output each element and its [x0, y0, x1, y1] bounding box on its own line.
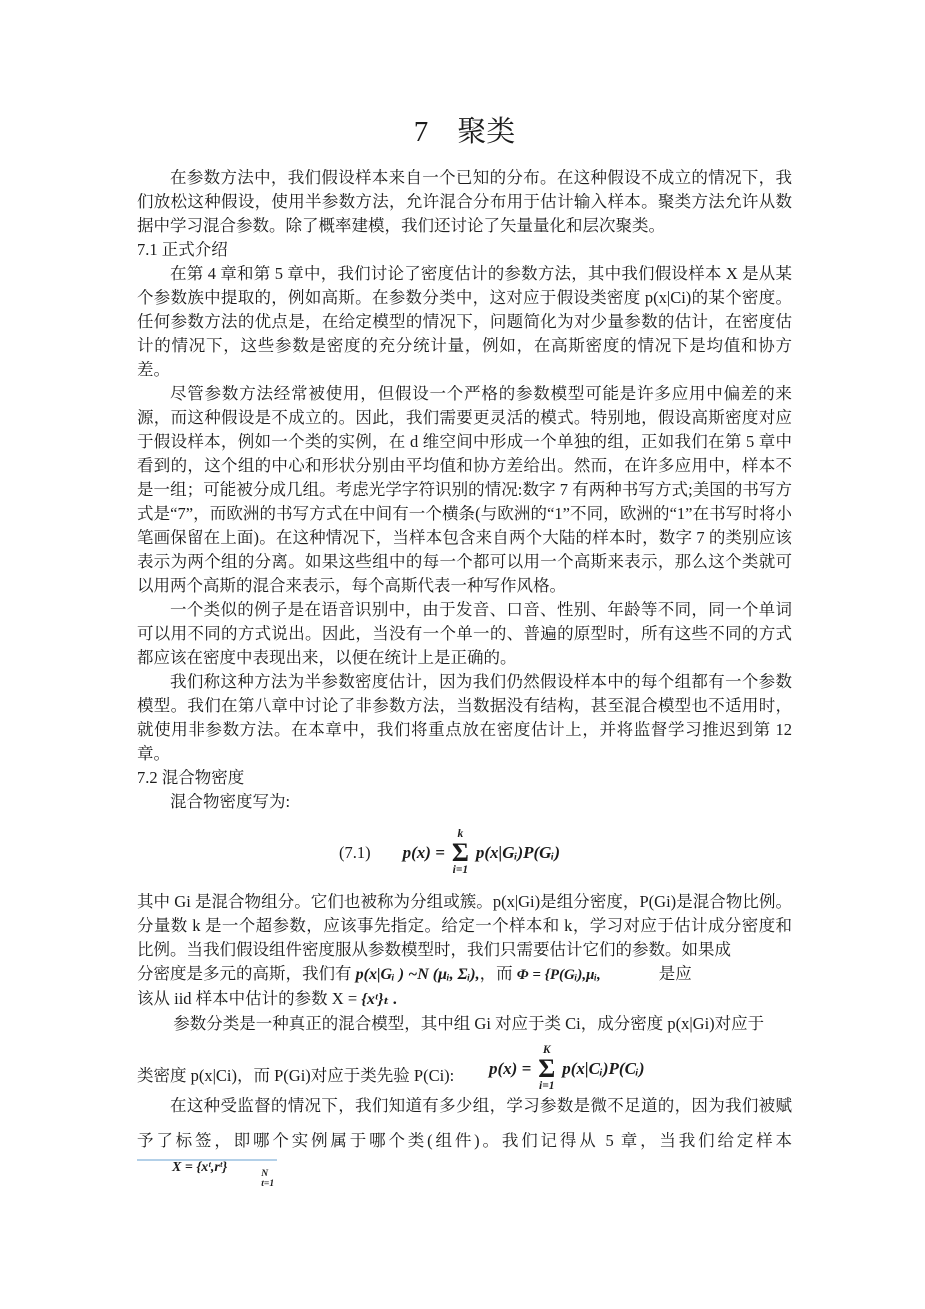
text-run: 该从 iid 样本中估计的参数 X = — [137, 989, 361, 1008]
sigma-glyph: Σ — [452, 841, 469, 866]
chapter-title: 7 聚类 — [137, 112, 792, 152]
text-run: 是应 — [659, 964, 692, 983]
section-heading-7-2: 7.2 混合物密度 — [137, 766, 792, 790]
equation-7-1-lhs: p(x) = — [403, 841, 445, 865]
summation-lower-limit: i=1 — [453, 865, 469, 877]
equation-7-1-label: (7.1) — [339, 841, 371, 865]
labeled-sample-formula: X = {xᵗ,rᵗ}Nt=1 — [137, 1159, 277, 1190]
equation-7-1-rhs: p(x|Gᵢ)P(Gᵢ) — [476, 841, 560, 865]
text-run: 分密度是多元的高斯，我们有 — [137, 964, 356, 983]
paragraph-7-1-a: 在第 4 章和第 5 章中，我们讨论了密度估计的参数方法，其中我们假设样本 X … — [137, 262, 792, 382]
gaussian-density-formula: p(x|Gᵢ ) ~N (μᵢ, Σᵢ), — [356, 966, 480, 983]
sample-formula: {xᵗ}ₜ . — [361, 991, 397, 1008]
paragraph-7-2-b: 分密度是多元的高斯，我们有 p(x|Gᵢ ) ~N (μᵢ, Σᵢ),，而 Φ … — [137, 962, 792, 987]
text-run: ，而 — [480, 964, 517, 983]
document-page: 7 聚类 在参数方法中，我们假设样本来自一个已知的分布。在这种假设不成立的情况下… — [0, 0, 925, 1309]
section-heading-7-1: 7.1 正式介绍 — [137, 238, 792, 262]
summation-symbol: k Σ i=1 — [452, 829, 469, 877]
paragraph-7-2-a: 其中 Gi 是混合物组分。它们也被称为分组或簇。p(x|Gi)是组分密度，P(G… — [137, 890, 792, 962]
labeled-sample-limits: Nt=1 — [228, 1170, 274, 1190]
limit-subscript: t=1 — [228, 1180, 274, 1190]
paragraph-7-1-c: 一个类似的例子是在语音识别中，由于发音、口音、性别、年龄等不同，同一个单词可以用… — [137, 598, 792, 670]
paragraph-chapter-intro: 在参数方法中，我们假设样本来自一个已知的分布。在这种假设不成立的情况下，我们放松… — [137, 166, 792, 238]
paragraph-7-2-d: 参数分类是一种真正的混合模型，其中组 Gi 对应于类 Ci，成分密度 p(x|G… — [137, 1012, 792, 1036]
phi-parameter-formula: Φ = {P(Gᵢ),μᵢ, — [517, 967, 601, 983]
paragraph-7-1-b: 尽管参数方法经常被使用，但假设一个严格的参数模型可能是许多应用中偏差的来源，而这… — [137, 382, 792, 598]
paragraph-7-1-d: 我们称这种方法为半参数密度估计，因为我们仍然假设样本中的每个组都有一个参数模型。… — [137, 670, 792, 766]
labeled-sample-base: X = {xᵗ,rᵗ} — [172, 1160, 227, 1175]
equation-7-1: (7.1) p(x) = k Σ i=1 p(x|Gᵢ)P(Gᵢ) — [107, 824, 792, 882]
paragraph-7-2-c: 该从 iid 样本中估计的参数 X = {xᵗ}ₜ . — [137, 987, 792, 1012]
mixture-density-lead: 混合物密度写为: — [137, 790, 792, 814]
text-run: 在这种受监督的情况下，我们知道有多少组，学习参数是微不足道的，因为我们被赋予了标… — [137, 1096, 792, 1150]
paragraph-7-2-f: 在这种受监督的情况下，我们知道有多少组，学习参数是微不足道的，因为我们被赋予了标… — [137, 1088, 792, 1200]
equation-7-1-math: p(x) = k Σ i=1 p(x|Gᵢ)P(Gᵢ) — [403, 829, 560, 877]
paragraph-7-2-e: 类密度 p(x|Ci)，而 P(Gi)对应于类先验 P(Ci): — [137, 1064, 792, 1088]
